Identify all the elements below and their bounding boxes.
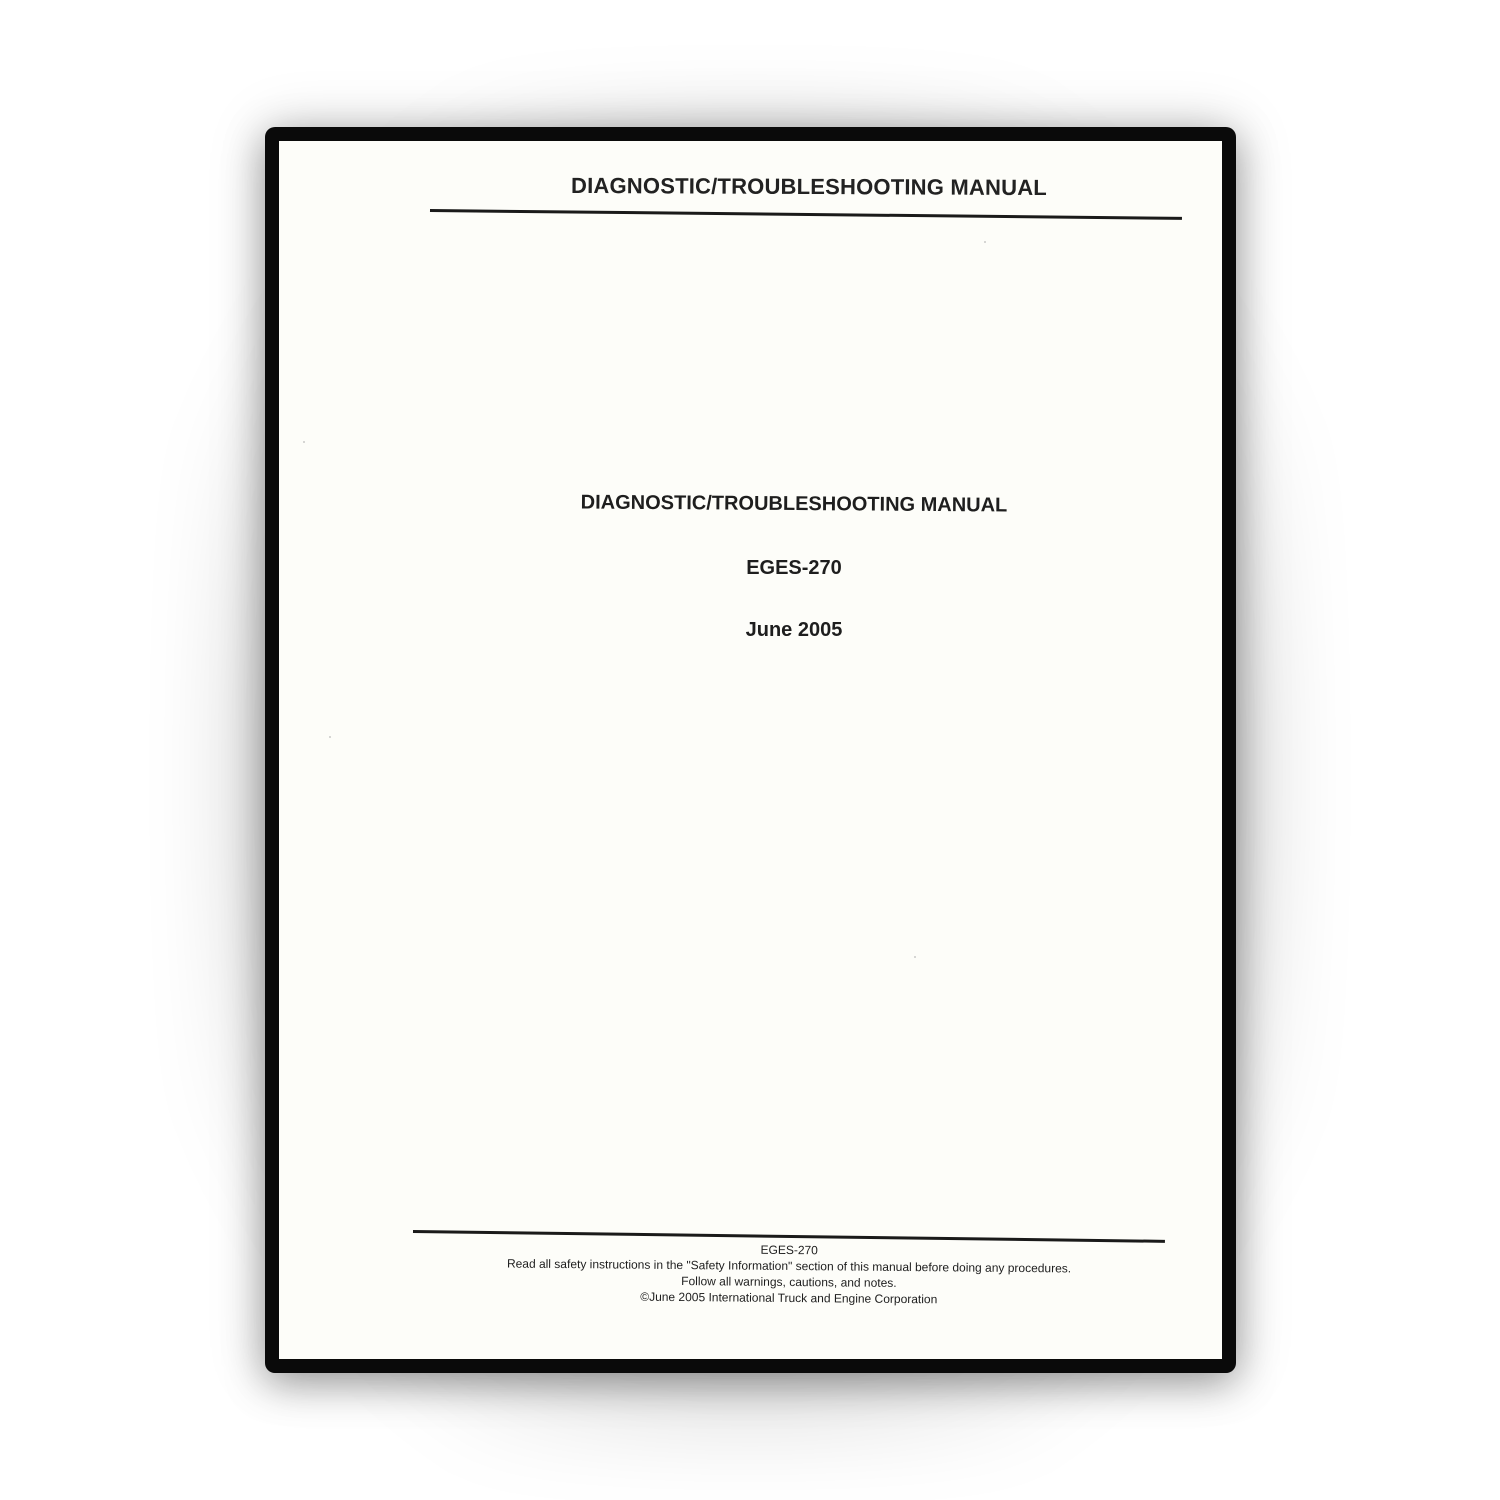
document-code: EGES-270	[549, 557, 1039, 580]
document-frame: DIAGNOSTIC/TROUBLESHOOTING MANUAL DIAGNO…	[265, 127, 1236, 1373]
document-date: June 2005	[549, 619, 1039, 642]
scan-speck	[914, 956, 916, 958]
header-rule	[430, 209, 1182, 220]
document-title: DIAGNOSTIC/TROUBLESHOOTING MANUAL	[549, 491, 1039, 517]
running-header: DIAGNOSTIC/TROUBLESHOOTING MANUAL	[429, 172, 1189, 201]
scan-speck	[984, 241, 986, 243]
scan-speck	[329, 736, 331, 738]
scan-speck	[303, 441, 305, 443]
cover-page: DIAGNOSTIC/TROUBLESHOOTING MANUAL DIAGNO…	[279, 141, 1222, 1359]
stage: DIAGNOSTIC/TROUBLESHOOTING MANUAL DIAGNO…	[0, 0, 1500, 1500]
footer: EGES-270 Read all safety instructions in…	[469, 1239, 1110, 1309]
